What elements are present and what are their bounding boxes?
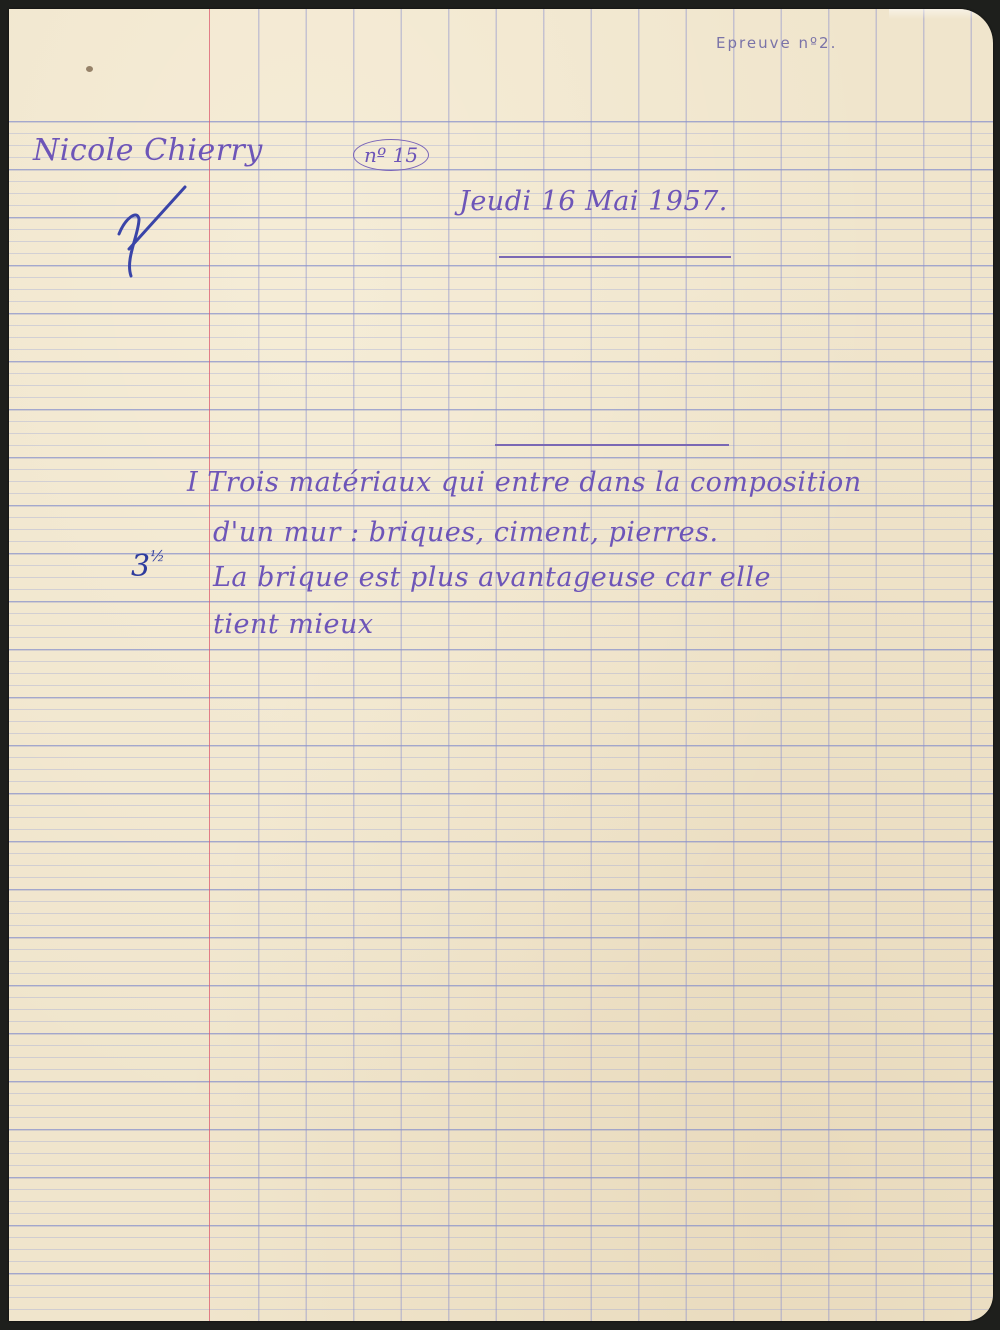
grade-mark-icon [113,179,203,279]
student-name: Nicole Chierry [33,133,263,168]
paper-fold [889,9,989,19]
score-whole: 3 [131,549,150,584]
separator-rule [495,444,729,446]
score-fraction: ½ [150,547,165,565]
underline-rule [499,256,731,258]
answer-line-2: d'un mur : briques, ciment, pierres. [213,517,719,548]
ink-stain [86,66,93,72]
score: 3½ [131,549,165,584]
date: Jeudi 16 Mai 1957. [459,186,728,217]
red-margin-line [209,9,210,1321]
pencil-note: Epreuve nº2. [716,34,837,52]
answer-line-3: La brique est plus avantageuse car elle [213,562,771,593]
number-badge: nº 15 [353,139,429,171]
answer-line-4: tient mieux [213,609,374,640]
exam-sheet: Epreuve nº2. Nicole Chierry nº 15 Jeudi … [9,9,993,1321]
answer-line-1: I Trois matériaux qui entre dans la comp… [187,467,862,498]
